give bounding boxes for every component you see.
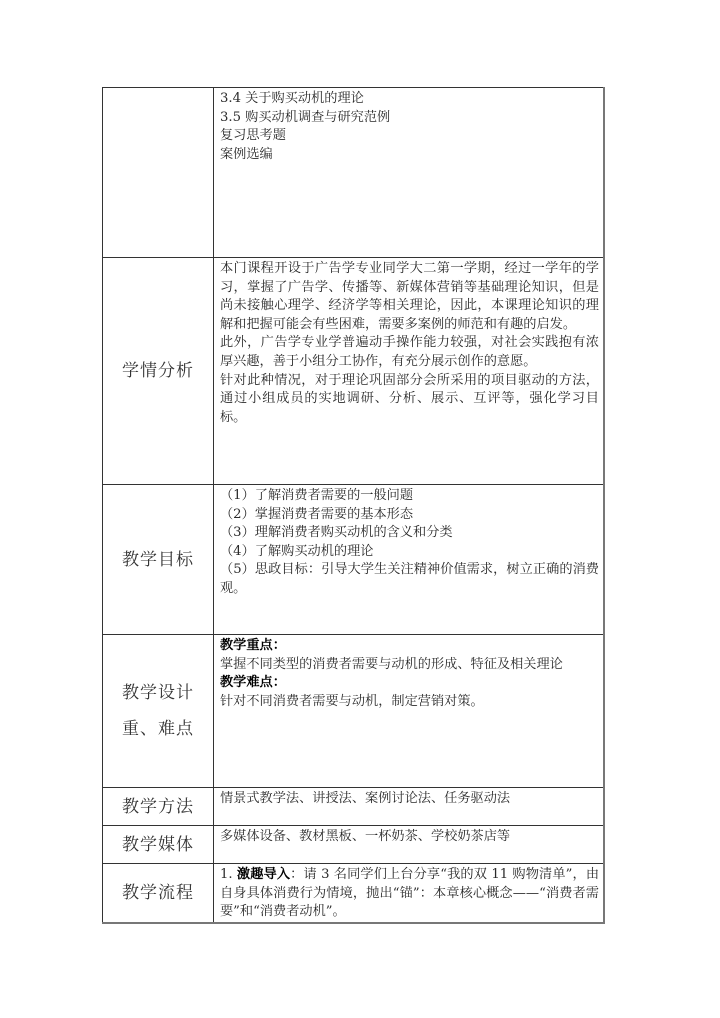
table-row-teaching-media: 教学媒体 多媒体设备、教材黑板、一杯奶茶、学校奶茶店等 [103,826,605,864]
key-point-text: 掌握不同类型的消费者需要与动机的形成、特征及相关理论 [220,656,599,675]
table-row-chapter-list: 3.4 关于购买动机的理论 3.5 购买动机调查与研究范例 复习思考题 案例选编 [103,88,605,258]
key-difficult-points-cell: 教学重点： 掌握不同类型的消费者需要与动机的形成、特征及相关理论 教学难点： 针… [214,635,605,788]
step-title: 激趣导入 [237,867,290,882]
table-row-teaching-methods: 教学方法 情景式教学法、讲授法、案例讨论法、任务驱动法 [103,788,605,826]
goal-item: （4）了解购买动机的理论 [220,543,599,562]
teaching-methods-cell: 情景式教学法、讲授法、案例讨论法、任务驱动法 [214,788,605,826]
chapter-item: 3.5 购买动机调查与研究范例 [220,109,599,128]
teaching-process-cell: 1. 激趣导入：请 3 名同学们上台分享“我的双 11 购物清单”，由自身具体消… [214,864,605,923]
table-row-student-analysis: 学情分析 本门课程开设于广告学专业同学大二第一学期，经过一学年的学习，掌握了广告… [103,258,605,485]
document-page: 3.4 关于购买动机的理论 3.5 购买动机调查与研究范例 复习思考题 案例选编… [0,0,720,1018]
row-label-teaching-methods: 教学方法 [103,788,214,826]
step-number: 1. [220,867,237,882]
table-row-teaching-goals: 教学目标 （1）了解消费者需要的一般问题 （2）掌握消费者需要的基本形态 （3）… [103,485,605,635]
student-analysis-cell: 本门课程开设于广告学专业同学大二第一学期，经过一学年的学习，掌握了广告学、传播等… [214,258,605,485]
row-label-empty [103,88,214,258]
table-row-teaching-process: 教学流程 1. 激趣导入：请 3 名同学们上台分享“我的双 11 购物清单”，由… [103,864,605,923]
goal-item: （3）理解消费者购买动机的含义和分类 [220,524,599,543]
table-row-key-difficult-points: 教学设计 重、难点 教学重点： 掌握不同类型的消费者需要与动机的形成、特征及相关… [103,635,605,788]
key-point-heading: 教学重点： [220,637,599,656]
goal-item: （2）掌握消费者需要的基本形态 [220,506,599,525]
chapter-item: 案例选编 [220,146,599,165]
analysis-paragraph: 本门课程开设于广告学专业同学大二第一学期，经过一学年的学习，掌握了广告学、传播等… [220,260,599,334]
goal-item: （1）了解消费者需要的一般问题 [220,487,599,506]
row-label-teaching-media: 教学媒体 [103,826,214,864]
analysis-paragraph: 此外，广告学专业学普遍动手操作能力较强，对社会实践抱有浓厚兴趣，善于小组分工协作… [220,334,599,371]
chapter-item: 3.4 关于购买动机的理论 [220,90,599,109]
teaching-goals-cell: （1）了解消费者需要的一般问题 （2）掌握消费者需要的基本形态 （3）理解消费者… [214,485,605,635]
analysis-paragraph: 针对此种情况，对于理论巩固部分会所采用的项目驱动的方法，通过小组成员的实地调研、… [220,372,599,428]
teaching-media-cell: 多媒体设备、教材黑板、一杯奶茶、学校奶茶店等 [214,826,605,864]
chapter-list-cell: 3.4 关于购买动机的理论 3.5 购买动机调查与研究范例 复习思考题 案例选编 [214,88,605,258]
row-label-key-difficult-points: 教学设计 重、难点 [103,635,214,788]
row-label-teaching-process: 教学流程 [103,864,214,923]
row-label-teaching-goals: 教学目标 [103,485,214,635]
difficulty-text: 针对不同消费者需要与动机，制定营销对策。 [220,693,599,712]
lesson-plan-table: 3.4 关于购买动机的理论 3.5 购买动机调查与研究范例 复习思考题 案例选编… [102,87,605,924]
chapter-item: 复习思考题 [220,127,599,146]
row-label-student-analysis: 学情分析 [103,258,214,485]
difficulty-heading: 教学难点： [220,674,599,693]
goal-item: （5）思政目标：引导大学生关注精神价值需求，树立正确的消费观。 [220,561,599,598]
